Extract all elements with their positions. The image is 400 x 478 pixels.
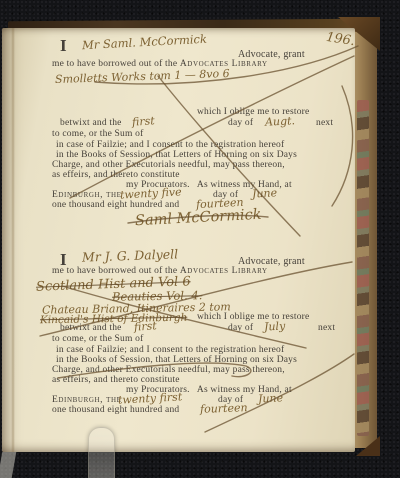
entry1-witness-day: twenty five <box>120 186 182 200</box>
entry2-witness-year: fourteen <box>200 402 248 415</box>
entry2-next-word: next <box>318 324 335 334</box>
entry1-betwixt-label: betwixt and the <box>60 119 122 129</box>
entry2-betwixt-label: betwixt and the <box>60 324 122 334</box>
entry1-borrowed-line: me to have borrowed out of the Advocates… <box>52 60 268 70</box>
entry1-day-of: day of <box>228 119 253 129</box>
entry2-day-of: day of <box>228 324 253 334</box>
entry1-return-month: Augt. <box>265 115 296 128</box>
entry1-next-word: next <box>316 119 333 129</box>
entry2-return-day: first <box>134 320 157 333</box>
entry1-opening-initial: I <box>60 37 67 54</box>
entry2-return-month: July <box>264 320 286 332</box>
entry1-sum-line: to come, or the Sum of <box>52 130 143 140</box>
entry1-borrowed-prefix: me to have borrowed out of the <box>52 59 177 69</box>
entry2-sum-line: to come, or the Sum of <box>52 335 143 345</box>
entry2-witness-month: June <box>258 392 284 404</box>
entry1-return-day: first <box>132 115 155 128</box>
photograph-of-library-ledger: 196. I Mr Saml. McCormick Advocate, gran… <box>0 0 400 478</box>
page-holder-strap <box>88 427 115 478</box>
entry2-borrower-name: Mr J. G. Dalyell <box>82 248 179 264</box>
entry1-year-line: one thousand eight hundred and <box>52 201 179 211</box>
entry1-witness-month: June <box>252 187 278 199</box>
entry2-oblige-line: which I oblige me to restore <box>197 313 309 323</box>
page-gutter-shadow <box>11 28 15 452</box>
marbled-edge <box>357 100 369 436</box>
entry2-library-label: Advocates Library <box>180 266 268 276</box>
entry2-witness-day: twenty first <box>118 391 183 405</box>
entry2-year-line: one thousand eight hundred and <box>52 406 179 416</box>
